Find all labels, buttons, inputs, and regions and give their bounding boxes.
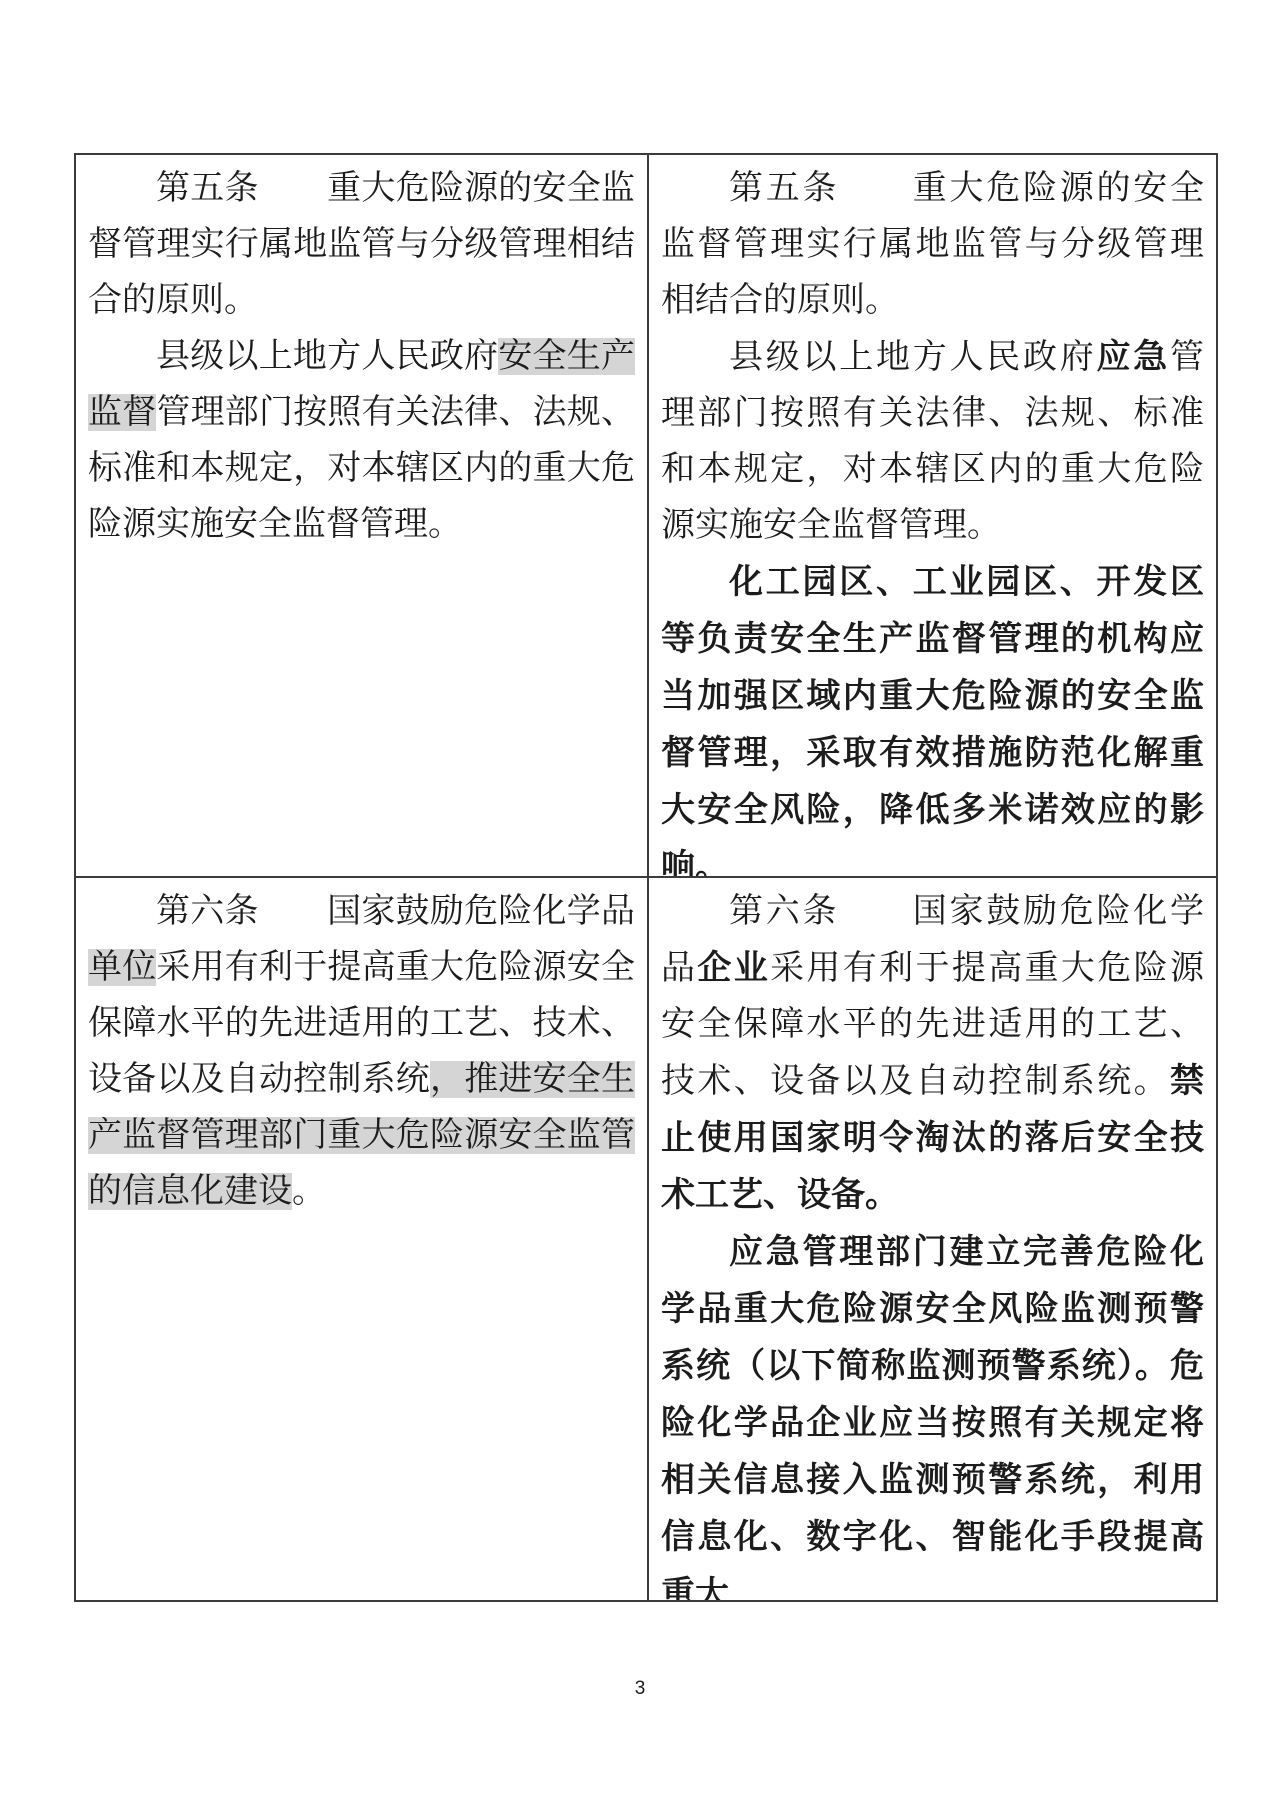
cell-new-version: 第六条 国家鼓励危险化学品企业采用有利于提高重大危险源安全保障水平的先进适用的工…: [649, 878, 1216, 1600]
paragraph: 应急管理部门建立完善危险化学品重大危险源安全风险监测预警系统（以下简称监测预警系…: [661, 1224, 1204, 1600]
bold-text: 企业: [697, 949, 770, 987]
paragraph: 县级以上地方人民政府应急管理部门按照有关法律、法规、标准和本规定，对本辖区内的重…: [661, 329, 1204, 554]
cell-old-version: 第六条 国家鼓励危险化学品单位采用有利于提高重大危险源安全保障水平的先进适用的工…: [76, 878, 649, 1600]
comparison-table: 第五条 重大危险源的安全监督管理实行属地监管与分级管理相结合的原则。 县级以上地…: [74, 153, 1218, 1602]
bold-text: 应急管理部门建立完善危险化学品重大危险源安全风险监测预警系统（以下简称监测预警系…: [661, 1233, 1204, 1600]
text-segment: 县级以上地方人民政府: [729, 339, 1097, 376]
cell-old-version: 第五条 重大危险源的安全监督管理实行属地监管与分级管理相结合的原则。 县级以上地…: [76, 155, 649, 876]
text-segment: 县级以上地方人民政府: [156, 338, 498, 375]
page-number: 3: [0, 1678, 1280, 1700]
cell-new-version: 第五条 重大危险源的安全监督管理实行属地监管与分级管理相结合的原则。 县级以上地…: [649, 155, 1216, 876]
bold-text: 应急: [1097, 338, 1171, 376]
paragraph: 化工园区、工业园区、开发区等负责安全生产监督管理的机构应当加强区域内重大危险源的…: [661, 554, 1204, 876]
highlighted-text: 单位: [88, 949, 156, 986]
text-segment: 。: [292, 1173, 326, 1210]
text-segment: 管理部门按照有关法律、法规、标准和本规定，对本辖区内的重大危险源实施安全监督管理…: [88, 394, 635, 543]
paragraph: 县级以上地方人民政府安全生产监督管理部门按照有关法律、法规、标准和本规定，对本辖…: [88, 329, 635, 553]
bold-text: 化工园区、工业园区、开发区等负责安全生产监督管理的机构应当加强区域内重大危险源的…: [661, 563, 1204, 876]
text-segment: 第五条 重大危险源的安全监督管理实行属地监管与分级管理相结合的原则。: [661, 170, 1204, 319]
paragraph: 第六条 国家鼓励危险化学品单位采用有利于提高重大危险源安全保障水平的先进适用的工…: [88, 884, 635, 1220]
paragraph: 第五条 重大危险源的安全监督管理实行属地监管与分级管理相结合的原则。: [661, 161, 1204, 329]
table-row: 第五条 重大危险源的安全监督管理实行属地监管与分级管理相结合的原则。 县级以上地…: [76, 155, 1216, 878]
text-segment: 第六条 国家鼓励危险化学品: [156, 893, 635, 930]
text-segment: 第五条 重大危险源的安全监督管理实行属地监管与分级管理相结合的原则。: [88, 170, 635, 319]
paragraph: 第六条 国家鼓励危险化学品企业采用有利于提高重大危险源安全保障水平的先进适用的工…: [661, 884, 1204, 1224]
table-row: 第六条 国家鼓励危险化学品单位采用有利于提高重大危险源安全保障水平的先进适用的工…: [76, 878, 1216, 1600]
paragraph: 第五条 重大危险源的安全监督管理实行属地监管与分级管理相结合的原则。: [88, 161, 635, 329]
